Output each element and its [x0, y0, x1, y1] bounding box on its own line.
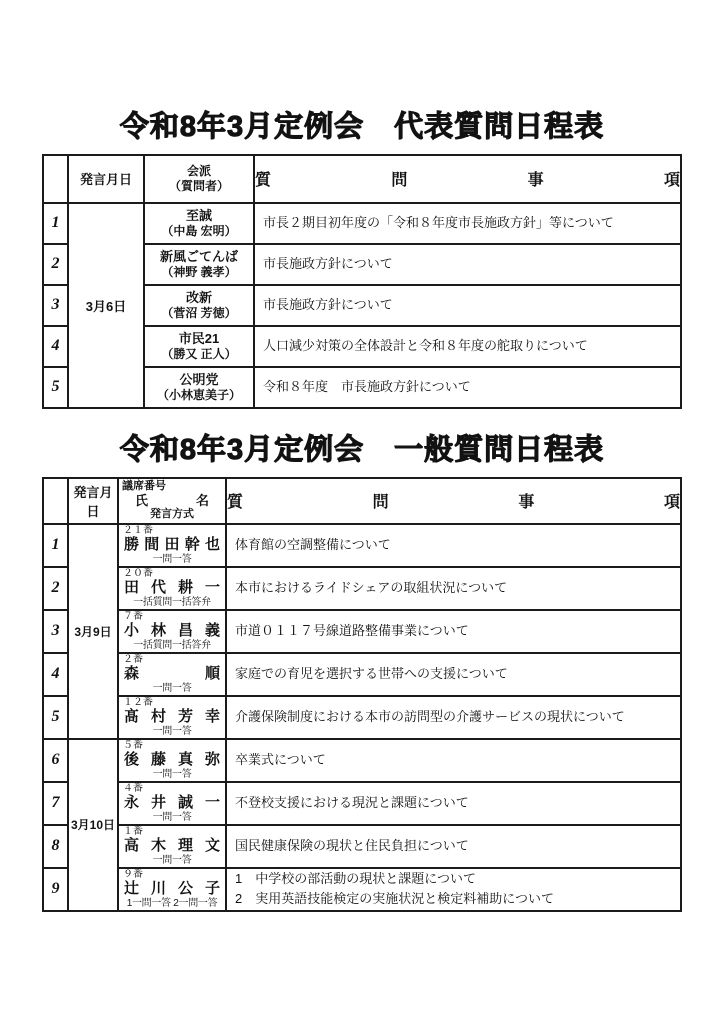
member-cell-content: ２番森 順一問一答	[119, 654, 225, 695]
question-text: 卒業式について	[235, 750, 680, 770]
member-cell: ４番永 井 誠 一一問一答	[118, 782, 226, 825]
questioner-name: （小林恵美子）	[145, 388, 253, 403]
table2-header-question: 質 問 事 項	[226, 478, 681, 524]
question-cell: 本市におけるライドシェアの取組状況について	[226, 567, 681, 610]
speech-format: 一問一答	[121, 813, 223, 823]
member-cell: ２１番勝 間 田 幹 也一問一答	[118, 524, 226, 567]
row-number: 4	[43, 326, 68, 367]
question-text: 市長２期目初年度の「令和８年度市長施政方針」等について	[263, 213, 680, 233]
member-cell-content: ７番小 林 昌 義一括質問一括答弁	[119, 611, 225, 652]
gen-question-row-4: 4２番森 順一問一答家庭での育児を選択する世帯への支援について	[43, 653, 681, 696]
member-name: 田 代 耕 一	[121, 580, 223, 596]
gen-question-row-9: 9９番辻 川 公 子1一問一答 2一問一答1 中学校の部活動の現状と課題について…	[43, 868, 681, 911]
question-text: 1 中学校の部活動の現状と課題について	[235, 869, 680, 889]
table1-header-question: 質 問 事 項	[254, 155, 681, 203]
member-cell-content: ９番辻 川 公 子1一問一答 2一問一答	[119, 869, 225, 910]
member-name: 森 順	[121, 666, 223, 682]
questioner-name: （菅沼 芳徳）	[145, 306, 253, 321]
faction-cell: 公明党（小林恵美子）	[144, 367, 254, 408]
faction-cell: 新風ごてんば（神野 義孝）	[144, 244, 254, 285]
row-number: 7	[43, 782, 68, 825]
question-cell: 市道０１１７号線道路整備事業について	[226, 610, 681, 653]
question-cell: 人口減少対策の全体設計と令和８年度の舵取りについて	[254, 326, 681, 367]
seat-number: ５番	[121, 741, 223, 751]
table1-header-row: 発言月日 会派 （質問者） 質 問 事 項	[43, 155, 681, 203]
question-cell: 市長施政方針について	[254, 285, 681, 326]
speech-date: 3月9日	[68, 524, 118, 739]
faction-name: 公明党	[145, 372, 253, 388]
seat-number: ７番	[121, 612, 223, 622]
row-number: 1	[43, 524, 68, 567]
member-name: 辻 川 公 子	[121, 881, 223, 897]
table2-header-row: 発言月日 議席番号 氏 名 発言方式 質 問 事 項	[43, 478, 681, 524]
member-cell-content: ２１番勝 間 田 幹 也一問一答	[119, 525, 225, 566]
member-cell-content: ４番永 井 誠 一一問一答	[119, 783, 225, 824]
row-number: 2	[43, 244, 68, 285]
member-name: 勝 間 田 幹 也	[121, 537, 223, 553]
question-text: 市長施政方針について	[263, 254, 680, 274]
questioner-name: （神野 義孝）	[145, 265, 253, 280]
speech-format: 一問一答	[121, 770, 223, 780]
faction-name: 新風ごてんば	[145, 249, 253, 265]
table2-header-name: 議席番号 氏 名 発言方式	[118, 478, 226, 524]
question-cell: 卒業式について	[226, 739, 681, 782]
question-cell: 家庭での育児を選択する世帯への支援について	[226, 653, 681, 696]
member-cell-content: ２０番田 代 耕 一一括質問一括答弁	[119, 568, 225, 609]
row-number: 5	[43, 367, 68, 408]
question-cell: 介護保険制度における本市の訪問型の介護サービスの現状について	[226, 696, 681, 739]
name-header: 氏 名	[119, 493, 225, 509]
row-number: 5	[43, 696, 68, 739]
general-questions-title: 令和8年3月定例会 一般質問日程表	[32, 433, 692, 468]
question-text: 市道０１１７号線道路整備事業について	[235, 621, 680, 641]
rep-question-row-1: 13月6日至誠（中島 宏明）市長２期目初年度の「令和８年度市長施政方針」等につい…	[43, 203, 681, 244]
gen-question-row-5: 5１２番髙 村 芳 幸一問一答介護保険制度における本市の訪問型の介護サービスの現…	[43, 696, 681, 739]
row-number: 3	[43, 610, 68, 653]
speech-date: 3月10日	[68, 739, 118, 911]
representative-questions-title: 令和8年3月定例会 代表質問日程表	[32, 110, 692, 145]
representative-questions-table: 発言月日 会派 （質問者） 質 問 事 項 13月6日至誠（中島 宏明）市長２期…	[42, 154, 682, 409]
member-name: 高 木 理 文	[121, 838, 223, 854]
speech-format: 一問一答	[121, 684, 223, 694]
speech-format: 一問一答	[121, 555, 223, 565]
question-text: 介護保険制度における本市の訪問型の介護サービスの現状について	[235, 707, 680, 727]
row-number: 9	[43, 868, 68, 911]
member-cell: ２番森 順一問一答	[118, 653, 226, 696]
seat-number: １番	[121, 827, 223, 837]
gen-question-row-6: 63月10日５番後 藤 真 弥一問一答卒業式について	[43, 739, 681, 782]
question-cell: 市長施政方針について	[254, 244, 681, 285]
row-number: 2	[43, 567, 68, 610]
question-text: 2 実用英語技能検定の実施状況と検定料補助について	[235, 889, 680, 909]
gen-question-row-7: 7４番永 井 誠 一一問一答不登校支援における現況と課題について	[43, 782, 681, 825]
table2-header-blank	[43, 478, 68, 524]
member-cell: １番高 木 理 文一問一答	[118, 825, 226, 868]
table1-header-blank	[43, 155, 68, 203]
row-number: 6	[43, 739, 68, 782]
speech-format: 一括質問一括答弁	[121, 598, 223, 608]
document-page: 令和8年3月定例会 代表質問日程表 発言月日 会派 （質問者） 質 問 事 項 …	[0, 0, 724, 1024]
member-cell-content: １２番髙 村 芳 幸一問一答	[119, 697, 225, 738]
question-text: 市長施政方針について	[263, 295, 680, 315]
question-cell: 令和８年度 市長施政方針について	[254, 367, 681, 408]
question-cell: 1 中学校の部活動の現状と課題について2 実用英語技能検定の実施状況と検定料補助…	[226, 868, 681, 911]
table1-header-date: 発言月日	[68, 155, 144, 203]
speech-format-header: 発言方式	[119, 508, 225, 521]
speech-format: 一問一答	[121, 856, 223, 866]
member-cell: ５番後 藤 真 弥一問一答	[118, 739, 226, 782]
seat-number: ４番	[121, 784, 223, 794]
question-text: 人口減少対策の全体設計と令和８年度の舵取りについて	[263, 336, 680, 356]
speech-date: 3月6日	[68, 203, 144, 408]
speech-format: 一括質問一括答弁	[121, 641, 223, 651]
question-cell: 不登校支援における現況と課題について	[226, 782, 681, 825]
questioner-name: （勝又 正人）	[145, 347, 253, 362]
question-cell: 国民健康保険の現状と住民負担について	[226, 825, 681, 868]
gen-question-row-2: 2２０番田 代 耕 一一括質問一括答弁本市におけるライドシェアの取組状況について	[43, 567, 681, 610]
speech-format: 1一問一答 2一問一答	[121, 899, 223, 909]
question-cell: 体育館の空調整備について	[226, 524, 681, 567]
member-cell: ９番辻 川 公 子1一問一答 2一問一答	[118, 868, 226, 911]
gen-question-row-3: 3７番小 林 昌 義一括質問一括答弁市道０１１７号線道路整備事業について	[43, 610, 681, 653]
faction-cell: 市民21（勝又 正人）	[144, 326, 254, 367]
faction-header-line1: 会派	[145, 164, 253, 179]
row-number: 3	[43, 285, 68, 326]
faction-cell: 至誠（中島 宏明）	[144, 203, 254, 244]
member-cell: １２番髙 村 芳 幸一問一答	[118, 696, 226, 739]
gen-question-row-8: 8１番高 木 理 文一問一答国民健康保険の現状と住民負担について	[43, 825, 681, 868]
faction-name: 至誠	[145, 208, 253, 224]
faction-name: 市民21	[145, 331, 253, 347]
table1-header-faction: 会派 （質問者）	[144, 155, 254, 203]
faction-header-line2: （質問者）	[145, 179, 253, 194]
member-name: 後 藤 真 弥	[121, 752, 223, 768]
faction-name: 改新	[145, 290, 253, 306]
question-text: 不登校支援における現況と課題について	[235, 793, 680, 813]
row-number: 8	[43, 825, 68, 868]
question-text: 家庭での育児を選択する世帯への支援について	[235, 664, 680, 684]
member-cell: ２０番田 代 耕 一一括質問一括答弁	[118, 567, 226, 610]
faction-cell: 改新（菅沼 芳徳）	[144, 285, 254, 326]
member-cell-content: ５番後 藤 真 弥一問一答	[119, 740, 225, 781]
seat-number: ９番	[121, 870, 223, 880]
seat-number: ２０番	[121, 569, 223, 579]
question-text: 本市におけるライドシェアの取組状況について	[235, 578, 680, 598]
seat-number: １２番	[121, 698, 223, 708]
table2-header-date: 発言月日	[68, 478, 118, 524]
seat-number: ２１番	[121, 526, 223, 536]
questioner-name: （中島 宏明）	[145, 224, 253, 239]
seat-number-header: 議席番号	[119, 480, 225, 493]
member-cell-content: １番高 木 理 文一問一答	[119, 826, 225, 867]
row-number: 4	[43, 653, 68, 696]
row-number: 1	[43, 203, 68, 244]
question-text: 令和８年度 市長施政方針について	[263, 377, 680, 397]
question-text: 体育館の空調整備について	[235, 535, 680, 555]
gen-question-row-1: 13月9日２１番勝 間 田 幹 也一問一答体育館の空調整備について	[43, 524, 681, 567]
member-name: 小 林 昌 義	[121, 623, 223, 639]
member-name: 髙 村 芳 幸	[121, 709, 223, 725]
question-cell: 市長２期目初年度の「令和８年度市長施政方針」等について	[254, 203, 681, 244]
member-name: 永 井 誠 一	[121, 795, 223, 811]
member-cell: ７番小 林 昌 義一括質問一括答弁	[118, 610, 226, 653]
seat-number: ２番	[121, 655, 223, 665]
general-questions-table: 発言月日 議席番号 氏 名 発言方式 質 問 事 項 13月9日２１番勝 間 田…	[42, 477, 682, 912]
question-text: 国民健康保険の現状と住民負担について	[235, 836, 680, 856]
speech-format: 一問一答	[121, 727, 223, 737]
